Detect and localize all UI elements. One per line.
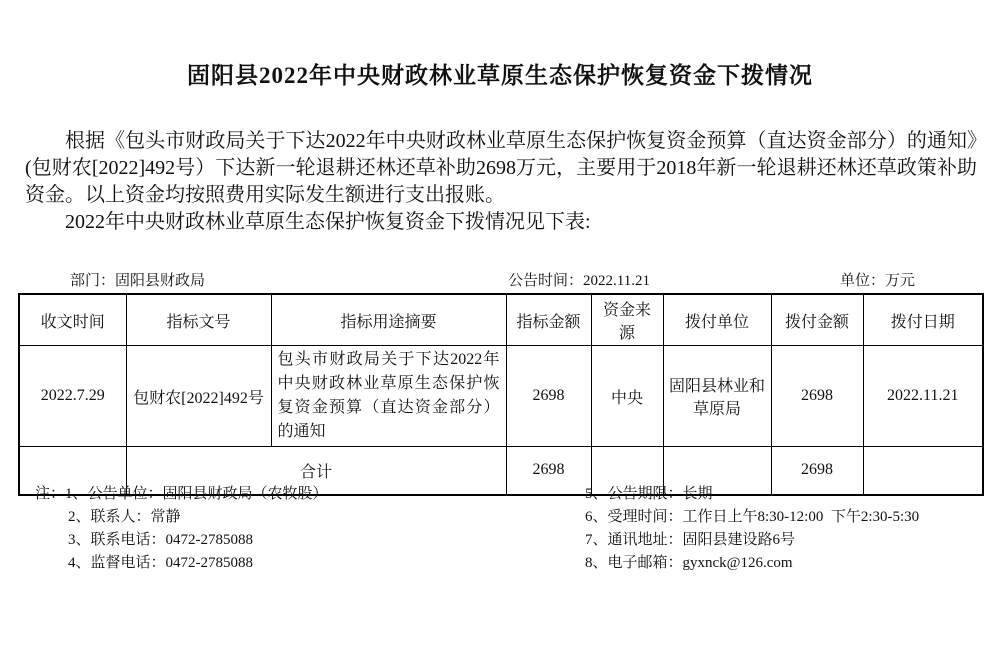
note-accept-time: 6、受理时间：工作日上午8:30-12:00 下午2:30-5:30 <box>585 506 919 529</box>
cell-doc-number: 包财农[2022]492号 <box>126 346 271 447</box>
fund-disbursement-table: 收文时间 指标文号 指标用途摘要 指标金额 资金来源 拨付单位 拨付金额 拨付日… <box>18 293 984 496</box>
unit-value: 万元 <box>885 273 915 289</box>
header-indicator-amount: 指标金额 <box>506 294 591 346</box>
header-purpose-summary: 指标用途摘要 <box>271 294 506 346</box>
cell-fund-source: 中央 <box>591 346 663 447</box>
note-announce-unit: 注：1、公告单位：固阳县财政局（农牧股） <box>35 483 328 506</box>
table-meta-row: 部门：固阳县财政局 公告时间：2022.11.21 单位：万元 <box>0 269 1000 291</box>
note-email: 8、电子邮箱：gyxnck@126.com <box>585 552 919 575</box>
department-label: 部门： <box>70 273 115 289</box>
cell-pay-unit: 固阳县林业和草原局 <box>663 346 771 447</box>
cell-indicator-amount: 2698 <box>506 346 591 447</box>
note-mail-address: 7、通讯地址：固阳县建设路6号 <box>585 529 919 552</box>
unit-field: 单位：万元 <box>840 269 915 290</box>
header-receive-date: 收文时间 <box>19 294 126 346</box>
cell-receive-date: 2022.7.29 <box>19 346 126 447</box>
table-intro-line: 2022年中央财政林业草原生态保护恢复资金下拨情况见下表: <box>25 209 977 236</box>
total-indicator-amount: 2698 <box>506 447 591 495</box>
page-title: 固阳县2022年中央财政林业草原生态保护恢复资金下拨情况 <box>0 57 1000 90</box>
announce-time-field: 公告时间：2022.11.21 <box>508 269 650 290</box>
header-fund-source: 资金来源 <box>591 294 663 346</box>
unit-label: 单位： <box>840 273 885 289</box>
department-field: 部门：固阳县财政局 <box>70 269 205 290</box>
intro-paragraph: 根据《包头市财政局关于下达2022年中央财政林业草原生态保护恢复资金预算（直达资… <box>25 128 977 209</box>
note-contact-person: 2、联系人：常静 <box>68 506 328 529</box>
cell-purpose-summary: 包头市财政局关于下达2022年中央财政林业草原生态保护恢复资金预算（直达资金部分… <box>271 346 506 447</box>
announce-time-label: 公告时间： <box>508 273 583 289</box>
header-doc-number: 指标文号 <box>126 294 271 346</box>
document-page: 固阳县2022年中央财政林业草原生态保护恢复资金下拨情况 根据《包头市财政局关于… <box>0 0 1000 656</box>
table-header-row: 收文时间 指标文号 指标用途摘要 指标金额 资金来源 拨付单位 拨付金额 拨付日… <box>19 294 983 346</box>
department-value: 固阳县财政局 <box>115 273 205 289</box>
header-pay-date: 拨付日期 <box>863 294 983 346</box>
header-pay-unit: 拨付单位 <box>663 294 771 346</box>
cell-pay-date: 2022.11.21 <box>863 346 983 447</box>
announce-time-value: 2022.11.21 <box>583 273 650 289</box>
header-pay-amount: 拨付金额 <box>771 294 863 346</box>
note-supervise-phone: 4、监督电话：0472-2785088 <box>68 552 328 575</box>
note-announce-period: 5、公告期限：长期 <box>585 483 919 506</box>
note-contact-phone: 3、联系电话：0472-2785088 <box>68 529 328 552</box>
footnotes-left-column: 注：1、公告单位：固阳县财政局（农牧股） 2、联系人：常静 3、联系电话：047… <box>35 483 328 575</box>
table-row: 2022.7.29 包财农[2022]492号 包头市财政局关于下达2022年中… <box>19 346 983 447</box>
footnotes-right-column: 5、公告期限：长期 6、受理时间：工作日上午8:30-12:00 下午2:30-… <box>585 483 919 575</box>
cell-pay-amount: 2698 <box>771 346 863 447</box>
